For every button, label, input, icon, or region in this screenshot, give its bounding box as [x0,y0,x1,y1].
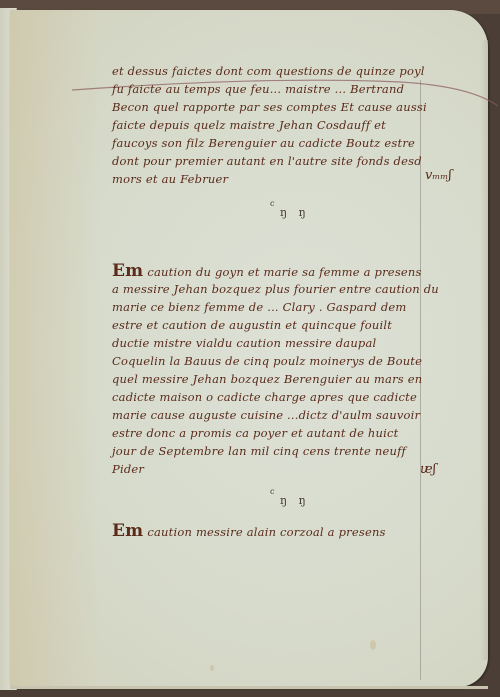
folio-mark-1: c ŋ ŋ [272,206,310,219]
folio-mark-sup: c [270,487,274,496]
text-line: faucoys son filz Berenguier au cadicte B… [112,134,427,152]
text-line: et dessus faictes dont com questions de … [112,62,427,80]
folio-mark-text: ŋ ŋ [280,206,310,219]
text-line: faicte depuis quelz maistre Jehan Cosdau… [112,116,427,134]
stain [210,665,214,671]
text-line: mors et au Februer [112,170,427,188]
folio-mark-sup: c [270,199,274,208]
text-line: Emcaution messire alain corzoal a presen… [112,522,386,540]
page-right-edge [480,40,488,660]
text-line: jour de Septembre lan mil cinq cens tren… [112,442,439,460]
decorated-initial: Em [112,261,143,281]
folio-mark-text: ŋ ŋ [280,494,310,507]
text-line: estre et caution de augustin et quincque… [112,316,439,334]
text-line: ductie mistre vialdu caution messire dau… [112,334,439,352]
margin-note-1: vₘₘʃ [425,168,452,183]
text-line: dont pour premier autant en l'autre site… [112,152,427,170]
text-block-entry-2: Emcaution du goyn et marie sa femme a pr… [112,262,439,478]
text-block-entry-continuation: et dessus faictes dont com questions de … [112,62,427,188]
text-line-content: caution messire alain corzoal a presens [147,525,385,539]
text-line: estre donc a promis ca poyer et autant d… [112,424,439,442]
stain [370,640,376,650]
text-line: fu faicte au temps que feu... maistre ..… [112,80,427,98]
gutter-stain [10,10,100,687]
text-line: Emcaution du goyn et marie sa femme a pr… [112,262,439,280]
text-line-content: caution du goyn et marie sa femme a pres… [147,265,421,279]
decorated-initial: Em [112,521,143,541]
text-line: Becon quel rapporte par ses comptes Et c… [112,98,427,116]
text-line: marie cause auguste cuisine ...dictz d'a… [112,406,439,424]
text-block-entry-3: Emcaution messire alain corzoal a presen… [112,522,386,540]
folio-mark-2: c ŋ ŋ [272,494,310,507]
text-line: Pider [112,460,439,478]
page-bottom-edge [10,686,488,689]
text-line: Coquelin la Bauus de cinq poulz moinerys… [112,352,439,370]
text-line: cadicte maison o cadicte charge apres qu… [112,388,439,406]
text-line: quel messire Jehan bozquez Berenguier au… [112,370,439,388]
margin-note-2: ᵫʃ [420,462,436,477]
text-line: a messire Jehan bozquez plus fourier ent… [112,280,439,298]
text-line: marie ce bienz femme de ... Clary . Gasp… [112,298,439,316]
